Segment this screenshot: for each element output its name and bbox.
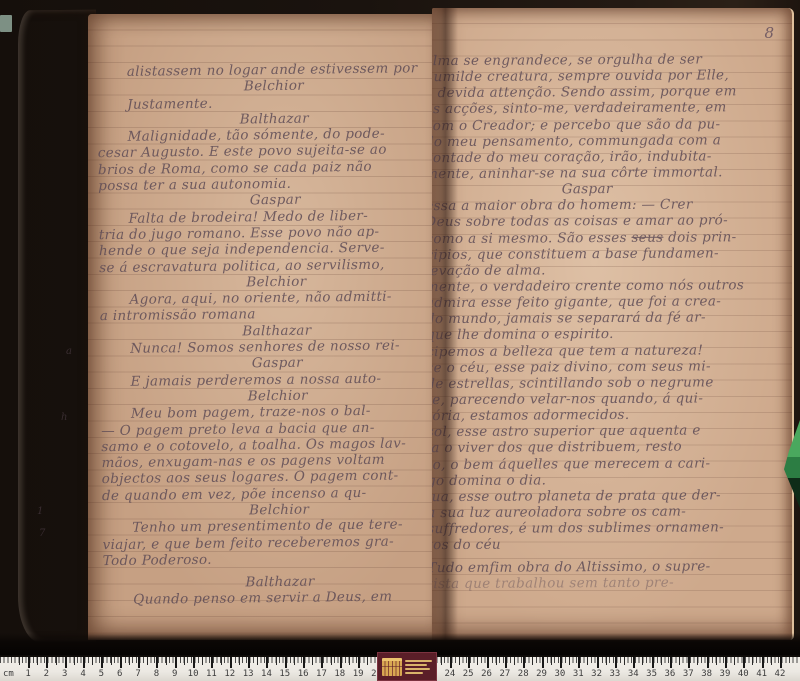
ruler-half-tick bbox=[514, 657, 515, 665]
ruler-half-tick bbox=[716, 657, 717, 665]
manuscript-line: mente, o verdadeiro crente como nós outr… bbox=[432, 277, 794, 295]
manuscript-line: Quando penso em servir a Deus, em bbox=[103, 588, 446, 609]
ruler-number: 17 bbox=[312, 669, 330, 679]
ruler-half-tick bbox=[642, 657, 643, 665]
manuscript-line: tista que trabalhou sem tanto pre- bbox=[432, 574, 794, 592]
ruler-half-tick bbox=[331, 657, 332, 665]
ruler-half-tick bbox=[221, 657, 222, 665]
ruler-half-tick bbox=[166, 657, 167, 665]
ruler-half-tick bbox=[587, 657, 588, 665]
ruler-half-tick bbox=[606, 657, 607, 665]
green-tab bbox=[0, 15, 12, 32]
ruler-number: 14 bbox=[257, 669, 275, 679]
ruler-number: 36 bbox=[661, 669, 679, 679]
page-number: 8 bbox=[764, 24, 774, 42]
ruler-number: 13 bbox=[239, 669, 257, 679]
ruler-tick bbox=[285, 657, 287, 668]
ruler-half-tick bbox=[679, 657, 680, 665]
ruler-tick bbox=[46, 657, 48, 668]
ruler-number: 16 bbox=[294, 669, 312, 679]
ruler-half-tick bbox=[239, 657, 240, 665]
ruler-half-tick bbox=[551, 657, 552, 665]
ruler-number: 19 bbox=[349, 669, 367, 679]
ruler-unit-label: cm bbox=[3, 669, 14, 679]
ruler-tick bbox=[487, 657, 489, 668]
ruler-tick bbox=[505, 657, 507, 668]
ruler-half-tick bbox=[441, 657, 442, 665]
ruler-number: 31 bbox=[569, 669, 587, 679]
ruler-number: 37 bbox=[679, 669, 697, 679]
ruler-number: 38 bbox=[698, 669, 716, 679]
ruler-half-tick bbox=[532, 657, 533, 665]
manuscript-photo: alistassem no logar ande estivessem porB… bbox=[0, 0, 800, 681]
ruler-tick bbox=[633, 657, 635, 668]
ruler-tick bbox=[652, 657, 654, 668]
ruler-number: 6 bbox=[111, 669, 129, 679]
ruler-number: 26 bbox=[478, 669, 496, 679]
ruler-half-tick bbox=[257, 657, 258, 665]
ruler-number: 3 bbox=[56, 669, 74, 679]
ruler-number: 34 bbox=[624, 669, 642, 679]
ruler-tick bbox=[211, 657, 213, 668]
ruler-number: 42 bbox=[771, 669, 789, 679]
ruler-tick bbox=[725, 657, 727, 668]
ruler-half-tick bbox=[734, 657, 735, 665]
ruler-tick bbox=[340, 657, 342, 668]
ruler-half-tick bbox=[202, 657, 203, 665]
ruler-tick bbox=[523, 657, 525, 668]
ruler-half-tick bbox=[312, 657, 313, 665]
ruler-tick bbox=[230, 657, 232, 668]
ruler-half-tick bbox=[697, 657, 698, 665]
ruler-number: 1 bbox=[19, 669, 37, 679]
ruler-half-tick bbox=[276, 657, 277, 665]
ruler-tick bbox=[560, 657, 562, 668]
ruler-half-tick bbox=[752, 657, 753, 665]
ruler-half-tick bbox=[349, 657, 350, 665]
ruler-number: 18 bbox=[331, 669, 349, 679]
ruler-half-tick bbox=[496, 657, 497, 665]
ruler-half-tick bbox=[19, 657, 20, 665]
ruler-number: 25 bbox=[459, 669, 477, 679]
ruler-half-tick bbox=[92, 657, 93, 665]
ruler-number: 9 bbox=[166, 669, 184, 679]
ruler-number: 33 bbox=[606, 669, 624, 679]
right-page-text: alma se engrandece, se orgulha de serhum… bbox=[432, 51, 794, 592]
ruler-number: 28 bbox=[514, 669, 532, 679]
ruler-number: 10 bbox=[184, 669, 202, 679]
margin-mark: a bbox=[66, 346, 72, 357]
ruler-half-tick bbox=[624, 657, 625, 665]
ruler-tick bbox=[468, 657, 470, 668]
logo-text-lines bbox=[405, 660, 432, 674]
ruler-number: 29 bbox=[533, 669, 551, 679]
ruler-tick bbox=[670, 657, 672, 668]
ruler-half-tick bbox=[569, 657, 570, 665]
ruler-tick bbox=[615, 657, 617, 668]
ruler-tick bbox=[120, 657, 122, 668]
ruler-tick bbox=[743, 657, 745, 668]
ruler-half-tick bbox=[477, 657, 478, 665]
ruler-number: 27 bbox=[496, 669, 514, 679]
ruler-half-tick bbox=[184, 657, 185, 665]
left-page-text: alistassem no logar ande estivessem porB… bbox=[97, 60, 446, 609]
ruler-tick bbox=[358, 657, 360, 668]
ruler-number: 15 bbox=[276, 669, 294, 679]
ruler-number: 39 bbox=[716, 669, 734, 679]
ruler-tick bbox=[542, 657, 544, 668]
ruler-half-tick bbox=[661, 657, 662, 665]
ruler-tick bbox=[83, 657, 85, 668]
ruler-number: 2 bbox=[37, 669, 55, 679]
ruler-tick bbox=[156, 657, 158, 668]
ruler-half-tick bbox=[459, 657, 460, 665]
ruler-number: 32 bbox=[588, 669, 606, 679]
ruler-tick bbox=[193, 657, 195, 668]
left-page: alistassem no logar ande estivessem porB… bbox=[88, 14, 446, 640]
ruler-tick bbox=[688, 657, 690, 668]
ruler-half-tick bbox=[367, 657, 368, 665]
ruler-half-tick bbox=[56, 657, 57, 665]
ruler-tick bbox=[450, 657, 452, 668]
ruler-tick bbox=[65, 657, 67, 668]
ruler-number: 35 bbox=[643, 669, 661, 679]
ruler-tick bbox=[780, 657, 782, 668]
ruler-number: 4 bbox=[74, 669, 92, 679]
ruler-number: 30 bbox=[551, 669, 569, 679]
ruler-half-tick bbox=[129, 657, 130, 665]
institution-logo bbox=[377, 652, 437, 681]
margin-mark: h bbox=[61, 412, 67, 423]
margin-mark: 7 bbox=[39, 528, 45, 539]
ruler-tick bbox=[321, 657, 323, 668]
speaker-name: Gaspar bbox=[432, 180, 777, 198]
page-edges-stack bbox=[18, 10, 96, 643]
ruler-half-tick bbox=[37, 657, 38, 665]
ruler-number: 41 bbox=[753, 669, 771, 679]
ruler-number: 5 bbox=[92, 669, 110, 679]
ruler-tick bbox=[28, 657, 30, 668]
ruler-half-tick bbox=[294, 657, 295, 665]
ruler-tick bbox=[101, 657, 103, 668]
ruler-number: 8 bbox=[147, 669, 165, 679]
ruler-half-tick bbox=[147, 657, 148, 665]
ruler-tick bbox=[578, 657, 580, 668]
ruler-tick bbox=[175, 657, 177, 668]
manuscript-line: tos do céu bbox=[432, 535, 794, 553]
ruler-half-tick bbox=[111, 657, 112, 665]
ruler-tick bbox=[303, 657, 305, 668]
ruler-number: 12 bbox=[221, 669, 239, 679]
ruler-half-tick bbox=[74, 657, 75, 665]
right-page: 8 alma se engrandece, se orgulha de serh… bbox=[432, 8, 794, 640]
building-icon bbox=[382, 658, 402, 676]
ruler-tick bbox=[707, 657, 709, 668]
ruler-tick bbox=[762, 657, 764, 668]
ruler-tick bbox=[138, 657, 140, 668]
manuscript-line: Todo Poderoso. bbox=[103, 549, 446, 570]
ruler-tick bbox=[266, 657, 268, 668]
ruler-tick bbox=[597, 657, 599, 668]
ruler-number: 24 bbox=[441, 669, 459, 679]
ruler-number: 11 bbox=[202, 669, 220, 679]
ruler-number: 40 bbox=[734, 669, 752, 679]
ruler-tick bbox=[248, 657, 250, 668]
ruler-half-tick bbox=[771, 657, 772, 665]
margin-mark: 1 bbox=[37, 506, 43, 517]
ruler-number: 7 bbox=[129, 669, 147, 679]
